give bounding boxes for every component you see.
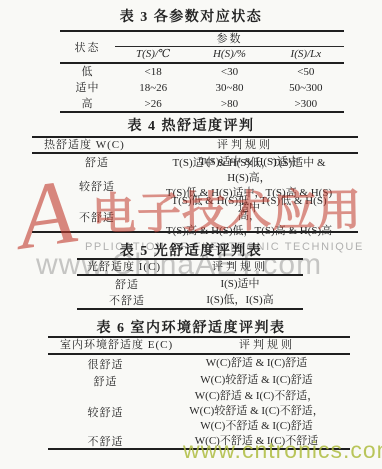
table3-subheader-illuminance: I(S)/Lx [268,47,344,62]
row-label: 较舒适 [32,178,162,194]
row-label: 不舒适 [48,433,163,449]
table6: 室内环境舒适度 E(C) 评判规则 很舒适 W(C)舒适 & I(C)舒适 舒适… [48,336,350,450]
table4-title: 表 4 热舒适度评判 [0,115,382,135]
rule-text: I(S)低，I(S)高 [177,293,303,308]
table-row: 低 <18 <30 <50 [60,64,344,80]
row-label: 舒适 [77,276,177,292]
table5-header: 光舒适度 I(C) 评判规则 [77,258,303,276]
rule-text: T(S)适中 & H(S)低，T(S)适中 & H(S)高， [162,156,336,186]
table5-body: 舒适 I(S)适中 不舒适 I(S)低，I(S)高 [77,276,303,310]
table6-body: 很舒适 W(C)舒适 & I(C)舒适 舒适 W(C)较舒适 & I(C)舒适 … [48,355,350,450]
table6-header: 室内环境舒适度 E(C) 评判规则 [48,336,350,355]
table-cell: >80 [191,96,267,111]
table-row: 很舒适 W(C)舒适 & I(C)舒适 [48,355,350,372]
table3-state-header: 状态 [60,32,115,62]
rule-text: I(S)适中 [177,277,303,292]
rule-text: T(S)低 & H(S)低，T(S)低 & H(S)高， [162,194,336,224]
table-cell: 18~26 [115,80,191,96]
rule-text: W(C)不舒适 & I(C)舒适 [163,419,350,434]
table6-header-left: 室内环境舒适度 E(C) [48,338,228,353]
table3-title: 表 3 各参数对应状态 [0,6,382,26]
table5-header-left: 光舒适度 I(C) [77,260,177,274]
table3-body: 低 <18 <30 <50 适中 18~26 30~80 50~300 高 >2… [60,64,344,113]
row-label: 不舒适 [32,209,162,225]
table3-subheader-humidity: H(S)/% [191,47,267,62]
row-label: 不舒适 [77,292,177,308]
table-row: 不舒适 I(S)低，I(S)高 [77,292,303,308]
table-cell: >26 [115,96,191,111]
table3-header: 状态 参数 T(S)/℃ H(S)/% I(S)/Lx [60,30,344,64]
table-row: 高 >26 >80 >300 [60,96,344,111]
table4-header-left: 热舒适度 W(C) [32,138,162,152]
table4-body: 舒适 T(S)适中 & H(S)适中 较舒适 T(S)适中 & H(S)低，T(… [32,154,358,233]
row-label: 舒适 [48,373,163,389]
table-cell: <30 [191,64,267,80]
table-cell: 50~300 [268,80,344,96]
table-row: 较舒适 W(C)舒适 & I(C)不舒适， W(C)较舒适 & I(C)不舒适，… [48,389,350,434]
table-cell: <50 [268,64,344,80]
table-row: 舒适 I(S)适中 [77,276,303,292]
row-label: 高 [60,96,115,111]
rule-text: W(C)不舒适 & I(C)不舒适 [163,434,350,449]
rule-text: W(C)较舒适 & I(C)舒适 [163,373,350,388]
table3: 状态 参数 T(S)/℃ H(S)/% I(S)/Lx 低 <18 <30 <5… [60,30,344,113]
table5-title: 表 5 光舒适度评判表 [0,240,382,260]
table6-title: 表 6 室内环境舒适度评判表 [0,317,382,337]
table-row: 舒适 W(C)较舒适 & I(C)舒适 [48,372,350,389]
table3-param-header: 参数 [115,32,344,47]
table-row: 不舒适 T(S)低 & H(S)低，T(S)低 & H(S)高， T(S)高 &… [32,202,358,231]
scanned-paper-page: PPLICATION OF ELECTRONIC TECHNIQUE www.C… [0,0,382,469]
rule-text: T(S)高 & H(S)低，T(S)高 & H(S)高 [162,224,336,239]
table6-header-right: 评判规则 [228,338,350,353]
rule-text: W(C)舒适 & I(C)不舒适， [163,389,350,404]
table4-header-right: 评判规则 [162,138,358,152]
row-label: 很舒适 [48,356,163,372]
table5-header-right: 评判规则 [177,260,303,274]
rule-text: W(C)较舒适 & I(C)不舒适， [163,404,350,419]
row-label: 低 [60,64,115,80]
table3-subheader-row: T(S)/℃ H(S)/% I(S)/Lx [115,47,344,62]
table-row: 适中 18~26 30~80 50~300 [60,80,344,96]
row-label: 舒适 [32,154,162,170]
table4-header: 热舒适度 W(C) 评判规则 [32,136,358,154]
table5: 光舒适度 I(C) 评判规则 舒适 I(S)适中 不舒适 I(S)低，I(S)高 [77,258,303,310]
table3-subheader-temperature: T(S)/℃ [115,47,191,62]
row-label: 较舒适 [48,404,163,420]
rule-text: W(C)舒适 & I(C)舒适 [163,356,350,371]
table-cell: >300 [268,96,344,111]
table-row: 不舒适 W(C)不舒适 & I(C)不舒适 [48,434,350,448]
row-label: 适中 [60,80,115,96]
table-cell: 30~80 [191,80,267,96]
table-cell: <18 [115,64,191,80]
table4: 热舒适度 W(C) 评判规则 舒适 T(S)适中 & H(S)适中 较舒适 T(… [32,136,358,233]
